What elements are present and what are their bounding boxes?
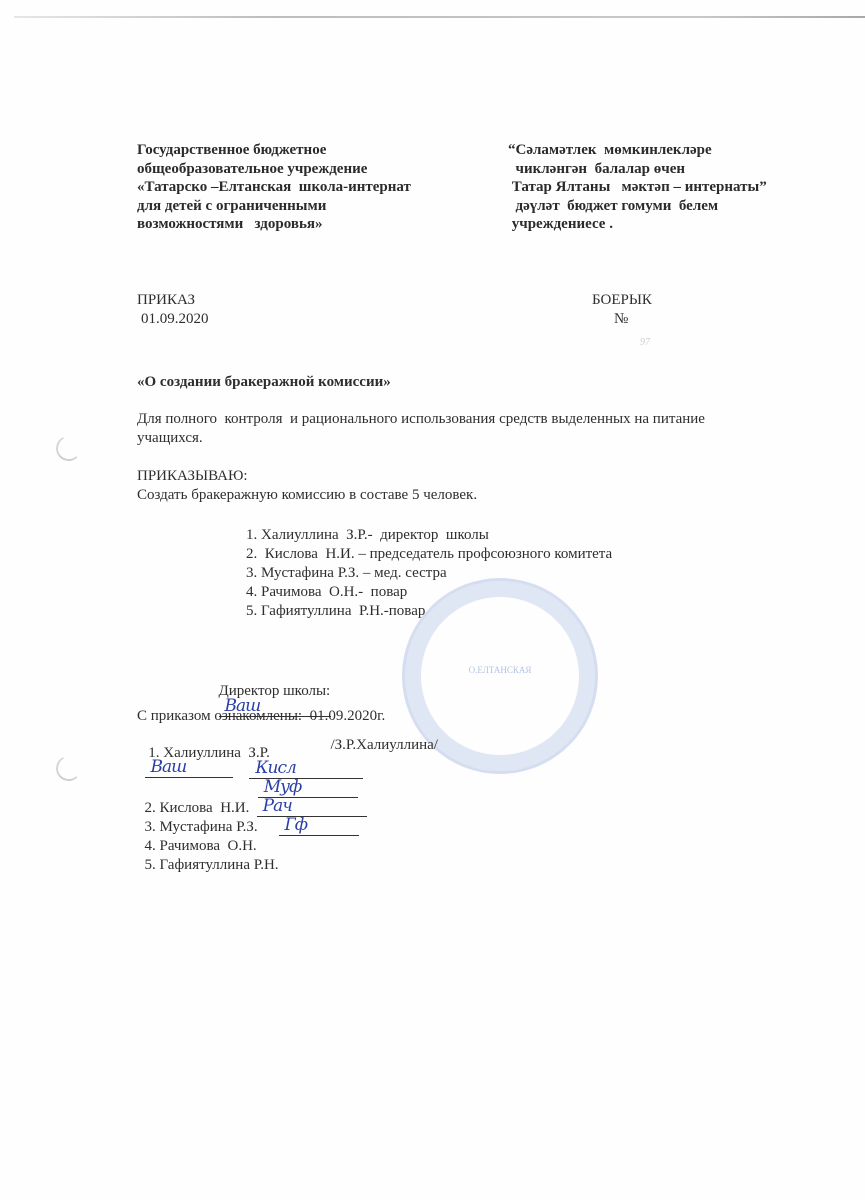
header-left-org-ru: Государственное бюджетное общеобразовате…: [137, 141, 411, 234]
member-list-item: 4. Рачимова О.Н.- повар: [246, 583, 407, 601]
preamble-line-2: учащихся.: [137, 429, 203, 447]
signature-line: Гф: [279, 820, 359, 836]
header-left-line: возможностями здоровья»: [137, 215, 411, 234]
order-number-label: №: [614, 310, 628, 328]
header-right-line: “Сәламәтлек мөмкинлекләре: [508, 141, 767, 160]
handwritten-signature: Гф: [285, 816, 308, 834]
member-list-item: 3. Мустафина Р.З. – мед. сестра: [246, 564, 447, 582]
header-right-org-tt: “Сәламәтлек мөмкинлекләре чикләнгән бала…: [508, 141, 767, 234]
acknowledgement-heading: С приказом ознакомлены: 01.09.2020г.: [137, 707, 385, 725]
order-title-tt: БОЕРЫК: [592, 291, 652, 309]
member-list-item: 5. Гафиятуллина Р.Н.-повар: [246, 602, 425, 620]
header-right-line: Татар Ялтаны мәктәп – интернаты”: [508, 178, 767, 197]
header-left-line: для детей с ограниченными: [137, 197, 411, 216]
scan-edge-line: [14, 16, 865, 18]
member-list-item: 1. Халиуллина З.Р.- директор школы: [246, 526, 489, 544]
header-right-line: чикләнгән балалар өчен: [508, 160, 767, 179]
order-date: 01.09.2020: [141, 310, 209, 328]
header-right-line: учреждениесе .: [508, 215, 767, 234]
order-subject: «О создании бракеражной комиссии»: [137, 373, 391, 391]
member-list-item: 2. Кислова Н.И. – председатель профсоюзн…: [246, 545, 612, 563]
preamble-line-1: Для полного контроля и рационального исп…: [137, 410, 705, 428]
handwritten-order-number: 97: [640, 337, 650, 348]
directive-text: Создать бракеражную комиссию в составе 5…: [137, 486, 477, 504]
punch-hole-mark: [54, 754, 83, 783]
header-left-line: Государственное бюджетное: [137, 141, 411, 160]
header-right-line: дәүләт бюджет гомуми белем: [508, 197, 767, 216]
header-left-line: общеобразовательное учреждение: [137, 160, 411, 179]
directive-heading: ПРИКАЗЫВАЮ:: [137, 467, 248, 485]
punch-hole-mark: [54, 434, 83, 463]
order-title-ru: ПРИКАЗ: [137, 291, 195, 309]
acknowledgement-name: 5. Гафиятуллина Р.Н.: [145, 857, 279, 873]
header-left-line: «Татарско –Елтанская школа-интернат: [137, 178, 411, 197]
acknowledgement-entry: 5. Гафиятуллина Р.Н. Гф: [137, 802, 359, 874]
